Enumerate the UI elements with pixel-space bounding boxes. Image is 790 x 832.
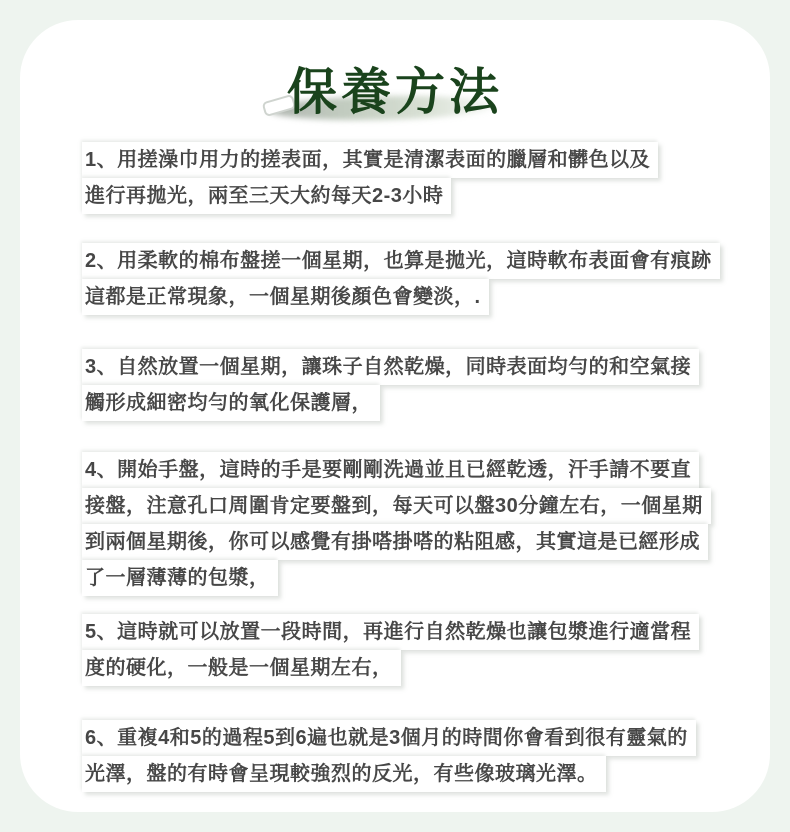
paragraph-1: 1、用搓澡巾用力的搓表面，其實是清潔表面的臘層和髒色以及進行再拋光，兩至三天大約…: [82, 142, 712, 214]
paragraph-list: 1、用搓澡巾用力的搓表面，其實是清潔表面的臘層和髒色以及進行再拋光，兩至三天大約…: [82, 142, 712, 792]
paragraph-3-line-2: 觸形成細密均勻的氧化保護層，: [82, 385, 380, 421]
paragraph-5-line-1: 5、這時就可以放置一段時間，再進行自然乾燥也讓包漿進行適當程: [82, 614, 699, 650]
paragraph-5-line-2: 度的硬化，一般是一個星期左右，: [82, 650, 401, 686]
paragraph-4: 4、開始手盤，這時的手是要剛剛洗過並且已經乾透，汗手請不要直接盤，注意孔口周圍肯…: [82, 452, 712, 596]
paragraph-4-line-1: 4、開始手盤，這時的手是要剛剛洗過並且已經乾透，汗手請不要直: [82, 452, 699, 488]
paragraph-3: 3、自然放置一個星期，讓珠子自然乾燥，同時表面均勻的和空氣接觸形成細密均勻的氧化…: [82, 349, 712, 421]
paragraph-1-line-1: 1、用搓澡巾用力的搓表面，其實是清潔表面的臘層和髒色以及: [82, 142, 658, 178]
paragraph-2: 2、用柔軟的棉布盤搓一個星期，也算是拋光，這時軟布表面會有痕跡這都是正常現象，一…: [82, 243, 712, 315]
page-title: 保養方法: [287, 64, 503, 120]
paragraph-1-line-2: 進行再拋光，兩至三天大約每天2-3小時: [82, 178, 451, 214]
paragraph-6-line-2: 光澤，盤的有時會呈現較強烈的反光，有些像玻璃光澤。: [82, 756, 606, 792]
page-title-wrap: 保養方法: [287, 64, 503, 120]
paragraph-6-line-1: 6、重複4和5的過程5到6遍也就是3個月的時間你會看到很有靈氣的: [82, 720, 696, 756]
paragraph-4-line-4: 了一層薄薄的包漿，: [82, 560, 278, 596]
paragraph-5: 5、這時就可以放置一段時間，再進行自然乾燥也讓包漿進行適當程度的硬化，一般是一個…: [82, 614, 712, 686]
paragraph-2-line-2: 這都是正常現象，一個星期後顏色會變淡，.: [82, 279, 489, 315]
paragraph-4-line-2: 接盤，注意孔口周圍肯定要盤到，每天可以盤30分鐘左右，一個星期: [82, 488, 711, 524]
paragraph-2-line-1: 2、用柔軟的棉布盤搓一個星期，也算是拋光，這時軟布表面會有痕跡: [82, 243, 720, 279]
paragraph-3-line-1: 3、自然放置一個星期，讓珠子自然乾燥，同時表面均勻的和空氣接: [82, 349, 699, 385]
paragraph-6: 6、重複4和5的過程5到6遍也就是3個月的時間你會看到很有靈氣的光澤，盤的有時會…: [82, 720, 712, 792]
content-card: 保養方法 1、用搓澡巾用力的搓表面，其實是清潔表面的臘層和髒色以及進行再拋光，兩…: [20, 20, 770, 812]
paragraph-4-line-3: 到兩個星期後，你可以感覺有掛嗒掛嗒的粘阻感，其實這是已經形成: [82, 524, 708, 560]
